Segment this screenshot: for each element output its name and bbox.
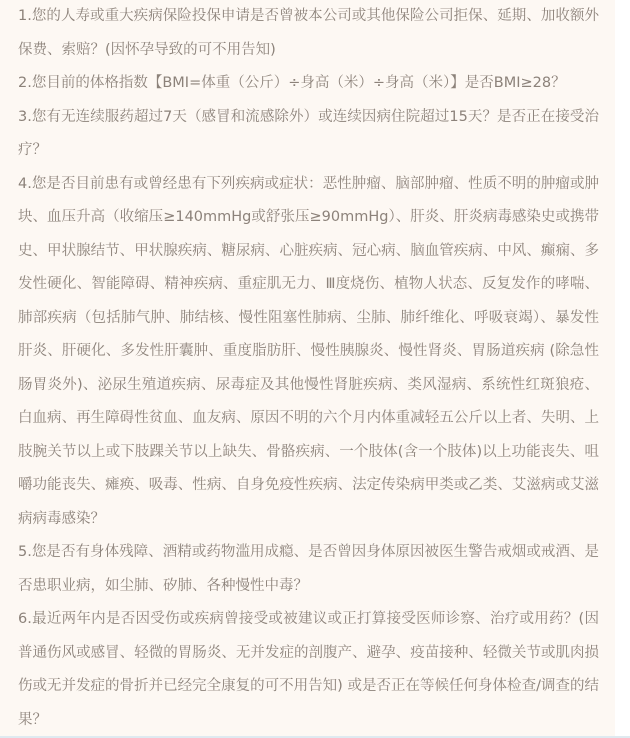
- question-3: 3.您有无连续服药超过7天（感冒和流感除外）或连续因病住院超过15天？是否正在接…: [18, 101, 599, 168]
- question-2: 2.您目前的体格指数【BMI=体重（公斤）÷身高（米）÷身高（米）】是否BMI≥…: [18, 67, 599, 101]
- question-6: 6.最近两年内是否因受伤或疾病曾接受或被建议或正打算接受医师诊察、治疗或用药？(…: [18, 603, 599, 736]
- right-gutter: [615, 0, 630, 736]
- question-4: 4.您是否目前患有或曾经患有下列疾病或症状：恶性肿瘤、脑部肿瘤、性质不明的肿瘤或…: [18, 168, 599, 537]
- question-5: 5.您是否有身体残障、酒精或药物滥用成瘾、是否曾因身体原因被医生警告戒烟或戒酒、…: [18, 536, 599, 603]
- question-1: 1.您的人寿或重大疾病保险投保申请是否曾被本公司或其他保险公司拒保、延期、加收额…: [18, 0, 599, 67]
- health-questionnaire-text: 1.您的人寿或重大疾病保险投保申请是否曾被本公司或其他保险公司拒保、延期、加收额…: [0, 0, 615, 736]
